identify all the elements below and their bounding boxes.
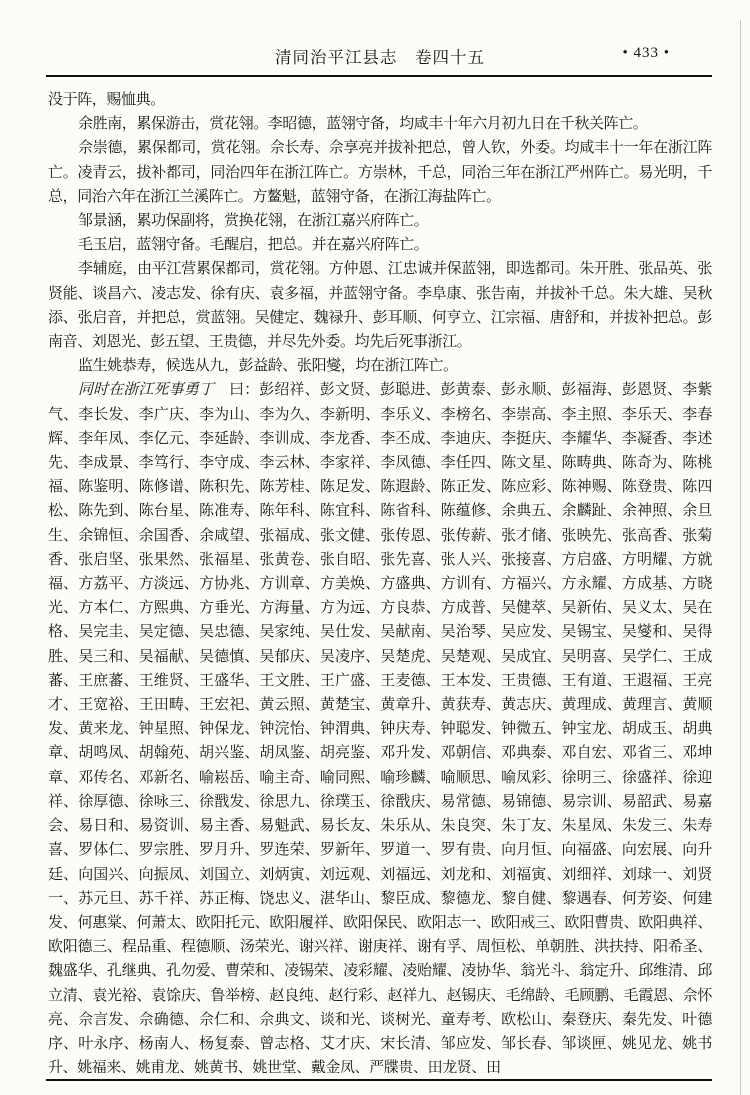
kai-style-lead: 同时在浙江死事勇丁 (78, 382, 214, 398)
paragraph-continuation: 没于阵，赐恤典。 (48, 88, 712, 112)
body-text: 没于阵，赐恤典。 余胜南，累保游击，赏花翎。李昭德，蓝翎守备，均咸丰十年六月初九… (48, 88, 712, 1073)
paragraph-zhejiang-casualties: 同时在浙江死事勇丁 曰：彭绍祥、彭文贤、彭聪进、彭黄泰、彭永顺、彭福海、彭恩贤、… (48, 378, 712, 1073)
scan-edge-line (740, 20, 741, 1095)
paragraph-li-futing: 李辅庭，由平江营累保都司，赏花翎。方仲恩、江忠诚并保蓝翎，即选都司。朱开胜、张品… (48, 257, 712, 354)
header-rule (46, 75, 712, 77)
paragraph-she-chongde: 佘崇德，累保都司，赏花翎。佘长寿、佘享亮并拔补把总，曾人钦，外委。均咸丰十一年在… (48, 136, 712, 209)
paragraph-yu-shengnan: 余胜南，累保游击，赏花翎。李昭德，蓝翎守备，均咸丰十年六月初九日在千秋关阵亡。 (48, 112, 712, 136)
paragraph-zou-jinghan: 邹景涵，累功保副将，赏换花翎，在浙江嘉兴府阵亡。 (48, 209, 712, 233)
page-number: • 433 • (622, 45, 670, 62)
page-header: 清同治平江县志 卷四十五 • 433 • (48, 44, 712, 70)
page-title: 清同治平江县志 卷四十五 (48, 44, 712, 68)
casualty-name-list: 曰：彭绍祥、彭文贤、彭聪进、彭黄泰、彭永顺、彭福海、彭恩贤、李紫气、李长发、李广… (48, 382, 712, 1073)
paragraph-jiansheng-yao-gongshou: 监生姚恭寿，候选从九，彭益龄、张阳燮，均在浙江阵亡。 (48, 354, 712, 378)
paragraph-mao-yuqi: 毛玉启，蓝翎守备。毛醒启，把总。并在嘉兴府阵亡。 (48, 233, 712, 257)
footer-rule (46, 1079, 712, 1081)
